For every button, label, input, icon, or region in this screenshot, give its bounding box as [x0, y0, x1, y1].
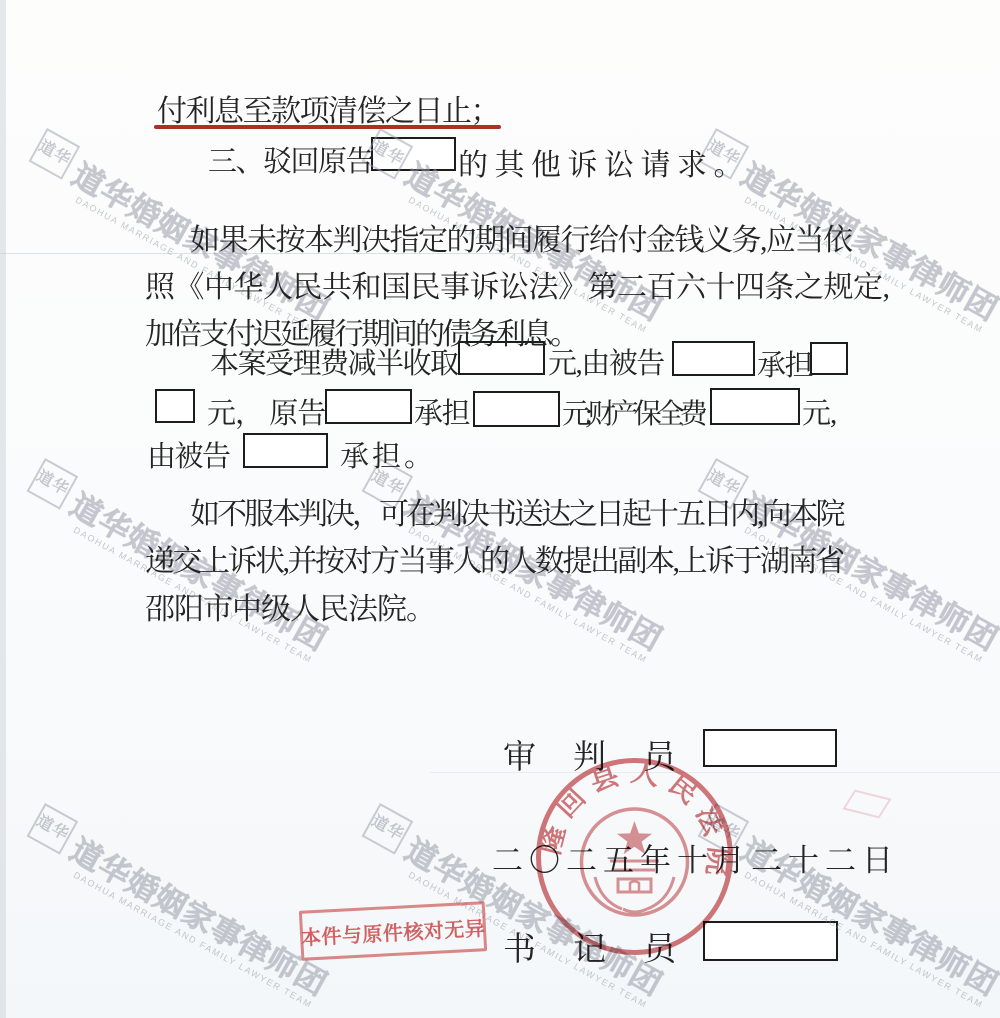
redaction-box-defendant-name [243, 433, 328, 468]
interest-clause-line: 付利息至款项清偿之日止； [157, 86, 499, 130]
fee-line1-seg2: 元,由被告 [548, 341, 664, 382]
watermark: 道华道华婚姻家事律师团DAOHUA MARRIAGE AND FAMILY LA… [19, 803, 337, 1011]
stray-seal-mark [842, 790, 891, 819]
seal-arc-text: 隆回县人民法院 [534, 756, 735, 886]
fee-line2-seg1: 元， 原告 [207, 391, 325, 432]
svg-text:隆回县人民法院: 隆回县人民法院 [534, 756, 735, 886]
watermark-logo: 道华 [27, 458, 79, 510]
fee-line1-seg1: 本案受理费减半收取 [210, 341, 458, 382]
watermark-logo: 道华 [29, 128, 81, 180]
court-judgment-page: 道华道华婚姻家事律师团DAOHUA MARRIAGE AND FAMILY LA… [0, 0, 1000, 1018]
fee-line2-seg2: 承担 [414, 391, 469, 432]
appeal-paragraph-line-2: 递交上诉状,并按对方当事人的人数提出副本,上诉于湖南省 [145, 536, 843, 580]
verification-stamp: 本件与原件核对无异 [299, 901, 487, 961]
redaction-box-defendant-name [672, 341, 755, 376]
item3-suffix: 的其他诉讼请求。 [458, 140, 750, 184]
redaction-box-amount [810, 342, 848, 375]
redaction-box-amount [155, 389, 195, 423]
watermark-logo: 道华 [362, 803, 414, 855]
red-underline [154, 125, 501, 129]
watermark-logo: 道华 [27, 803, 79, 855]
redaction-box-plaintiff-name [325, 389, 412, 424]
page-edge-shadow [0, 0, 6, 1018]
star-icon [617, 821, 652, 854]
redaction-box-amount [473, 391, 560, 427]
fee-line1-seg3: 承担 [757, 343, 812, 384]
fee-line3-seg1: 由被告 [147, 434, 230, 475]
penalty-paragraph-line-2: 照《中华人民共和国民事诉讼法》第二百六十四条之规定, [145, 262, 890, 306]
court-seal: 隆回县人民法院 [527, 749, 742, 964]
appeal-paragraph-line-3: 邵阳市中级人民法院。 [145, 584, 435, 628]
appeal-paragraph-line-1: 如不服本判决，可在判决书送达之日起十五日内,向本院 [190, 489, 843, 533]
penalty-paragraph-line-1: 如果未按本判决指定的期间履行给付金钱义务,应当依 [190, 215, 852, 259]
fee-line2-seg3: 元;财产保全费 [562, 392, 703, 432]
watermark-cn-text: 道华婚姻家事律师团 [63, 825, 337, 1004]
verification-stamp-text: 本件与原件核对无异 [300, 912, 486, 951]
item3-prefix: 三、驳回原告 [208, 139, 373, 180]
fee-line2-seg4: 元, [802, 391, 836, 432]
watermark-en-text: DAOHUA MARRIAGE AND FAMILY LAWYER TEAM [72, 870, 316, 1012]
fee-line3-seg2: 承担。 [340, 434, 436, 475]
redaction-box-preservation-fee [710, 388, 800, 425]
redaction-box-plaintiff-name [371, 137, 456, 171]
